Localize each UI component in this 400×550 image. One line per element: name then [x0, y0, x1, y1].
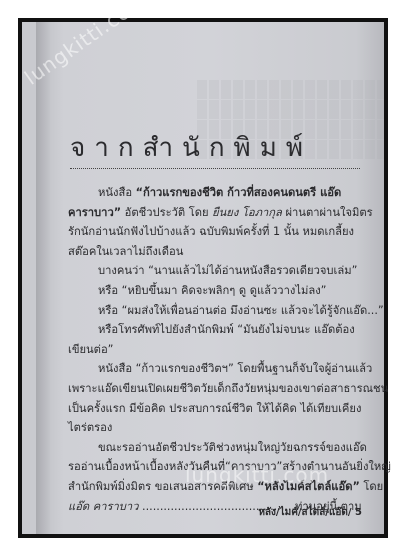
text-run: หรือโทรศัพท์ไปยังสำนักพิมพ์ “มันยังไม่จบ… [98, 323, 355, 336]
paragraph: หรือ “ผมส่งให้เพื่อนอ่านต่อ มึงอ่านซะ แล… [68, 301, 360, 321]
paragraph: หนังสือ “ก้าวแรกของชีวิต ก้าวที่สองคนดนต… [68, 183, 360, 261]
text-line: หรือโทรศัพท์ไปยังสำนักพิมพ์ “มันยังไม่จบ… [68, 320, 360, 340]
text-run: หรือ “หยิบขึ้นมา คิดจะพลิกๆ ดู ดูแล้ววาง… [98, 284, 326, 297]
text-line: ไตร่ตรอง [68, 418, 360, 438]
bold-text: คาราบาว” [68, 206, 121, 219]
text-run: หรือ “ผมส่งให้เพื่อนอ่านต่อ มึงอ่านซะ แล… [98, 304, 384, 317]
text-run: หนังสือ “ก้าวแรกของชีวิตฯ” โดยพื้นฐานก็จ… [98, 362, 372, 375]
text-line: สต๊อคในเวลาไม่ถึงเดือน [68, 242, 360, 262]
text-line: คาราบาว” อัตชีวประวัติ โดย ยืนยง โอภากุล… [68, 203, 360, 223]
italic-text: ยืนยง โอภากุล [212, 206, 282, 219]
text-run: ไตร่ตรอง [68, 421, 112, 434]
text-line: เพราะแอ๊ดเขียนเปิดเผยชีวิตวัยเด็กถึงวัยห… [68, 379, 360, 399]
text-line: หรือ “ผมส่งให้เพื่อนอ่านต่อ มึงอ่านซะ แล… [68, 301, 360, 321]
text-line: รักนักอ่านนักฟังไปบ้างแล้ว ฉบับพิมพ์ครั้… [68, 222, 360, 242]
paragraph: หรือ “หยิบขึ้นมา คิดจะพลิกๆ ดู ดูแล้ววาง… [68, 281, 360, 301]
paragraph: หรือโทรศัพท์ไปยังสำนักพิมพ์ “มันยังไม่จบ… [68, 320, 360, 359]
bold-text: “ก้าวแรกของชีวิต ก้าวที่สองคนดนตรี แอ๊ด [136, 186, 342, 199]
text-line: ขณะรออ่านอัตชีวประวัติช่วงหนุ่มใหญ่วัยฉก… [68, 438, 360, 458]
text-line: หนังสือ “ก้าวแรกของชีวิตฯ” โดยพื้นฐานก็จ… [68, 359, 360, 379]
text-run: สต๊อคในเวลาไม่ถึงเดือน [68, 245, 183, 258]
text-run: อัตชีวประวัติ โดย [121, 206, 212, 219]
text-run: รักนักอ่านนักฟังไปบ้างแล้ว ฉบับพิมพ์ครั้… [68, 225, 354, 238]
text-line: บางคนว่า “นานแล้วไม่ได้อ่านหนังสือรวดเดี… [68, 261, 360, 281]
paragraph: หนังสือ “ก้าวแรกของชีวิตฯ” โดยพื้นฐานก็จ… [68, 359, 360, 437]
paragraph: บางคนว่า “นานแล้วไม่ได้อ่านหนังสือรวดเดี… [68, 261, 360, 281]
page-spine-shadow [36, 22, 50, 534]
watermark-bottom: lungkitti.com [185, 463, 329, 487]
text-run: ขณะรออ่านอัตชีวประวัติช่วงหนุ่มใหญ่วัยฉก… [98, 441, 367, 454]
text-run: เพราะแอ๊ดเขียนเปิดเผยชีวิตวัยเด็กถึงวัยห… [68, 382, 388, 395]
text-run: หนังสือ [98, 186, 136, 199]
text-run: เขียนต่อ” [68, 343, 113, 356]
text-run: โดย [360, 480, 383, 493]
text-line: เขียนต่อ” [68, 340, 360, 360]
title-dotted-rule [70, 168, 360, 169]
italic-text: แอ๊ด คาราบาว [68, 500, 138, 513]
section-title: จากสำนักพิมพ์ [70, 127, 360, 168]
text-line: หนังสือ “ก้าวแรกของชีวิต ก้าวที่สองคนดนต… [68, 183, 360, 203]
running-footer: หลัง/ไมค์/สไตล์/แอ๊ด/ 5 [258, 505, 362, 520]
text-line: เป็นครั้งแรก มีข้อคิด ประสบการณ์ชีวิต ให… [68, 399, 360, 419]
text-run: ผ่านตาผ่านใจมิตร [282, 206, 373, 219]
text-run: บางคนว่า “นานแล้วไม่ได้อ่านหนังสือรวดเดี… [98, 264, 357, 277]
text-run: เป็นครั้งแรก มีข้อคิด ประสบการณ์ชีวิต ให… [68, 402, 361, 415]
text-line: หรือ “หยิบขึ้นมา คิดจะพลิกๆ ดู ดูแล้ววาง… [68, 281, 360, 301]
